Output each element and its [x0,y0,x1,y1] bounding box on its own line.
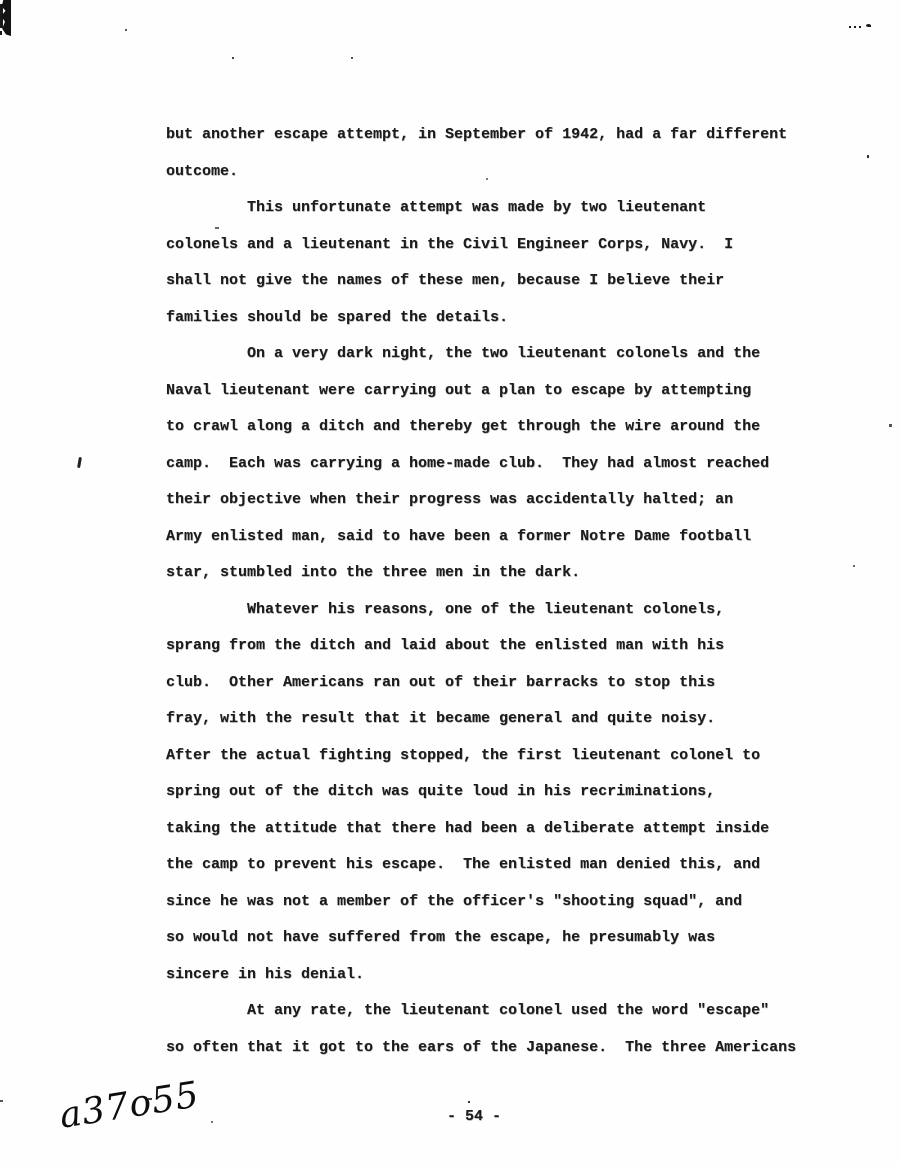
scan-speck [853,565,855,567]
scan-speck [859,26,861,28]
page-number: - 54 - [447,1108,501,1125]
stray-mark [77,457,82,468]
typewritten-line: Whatever his reasons, one of the lieuten… [166,592,796,629]
typewritten-line: so often that it got to the ears of the … [166,1030,796,1067]
typewritten-line: since he was not a member of the officer… [166,884,796,921]
typewritten-line: On a very dark night, the two lieutenant… [166,336,796,373]
typewritten-line: This unfortunate attempt was made by two… [166,190,796,227]
scan-speck [889,424,892,427]
scan-speck [351,57,353,59]
scan-speck [486,178,488,180]
typewritten-line: At any rate, the lieutenant colonel used… [166,993,796,1030]
scan-speck [215,227,219,229]
typewritten-line: colonels and a lieutenant in the Civil E… [166,227,796,264]
scan-speck [232,57,234,59]
typewritten-text: but another escape attempt, in September… [166,117,796,1066]
scan-speck [849,26,851,28]
scan-speck [867,155,869,158]
scan-speck [468,1101,470,1103]
typewritten-line: sprang from the ditch and laid about the… [166,628,796,665]
scan-speck [866,24,871,27]
typewritten-line: their objective when their progress was … [166,482,796,519]
typewritten-line: taking the attitude that there had been … [166,811,796,848]
typewritten-line: spring out of the ditch was quite loud i… [166,774,796,811]
document-page: but another escape attempt, in September… [0,0,900,1166]
scan-edge-mark [0,31,2,35]
typewritten-line: but another escape attempt, in September… [166,117,796,154]
typewritten-line: to crawl along a ditch and thereby get t… [166,409,796,446]
typewritten-line: so would not have suffered from the esca… [166,920,796,957]
typewritten-line: Naval lieutenant were carrying out a pla… [166,373,796,410]
typewritten-line: sincere in his denial. [166,957,796,994]
scan-speck [148,1098,152,1100]
typewritten-line: camp. Each was carrying a home-made club… [166,446,796,483]
typewritten-line: families should be spared the details. [166,300,796,337]
typewritten-line: club. Other Americans ran out of their b… [166,665,796,702]
scan-speck [0,1100,3,1102]
scan-speck [211,1121,213,1123]
scan-speck [854,26,856,28]
handwritten-annotation: a37o55 [57,1074,202,1137]
typewritten-line: the camp to prevent his escape. The enli… [166,847,796,884]
scan-speck [125,29,127,31]
typewritten-line: star, stumbled into the three men in the… [166,555,796,592]
typewritten-line: Army enlisted man, said to have been a f… [166,519,796,556]
typewritten-line: fray, with the result that it became gen… [166,701,796,738]
typewritten-line: After the actual fighting stopped, the f… [166,738,796,775]
typewritten-line: outcome. [166,154,796,191]
typewritten-line: shall not give the names of these men, b… [166,263,796,300]
